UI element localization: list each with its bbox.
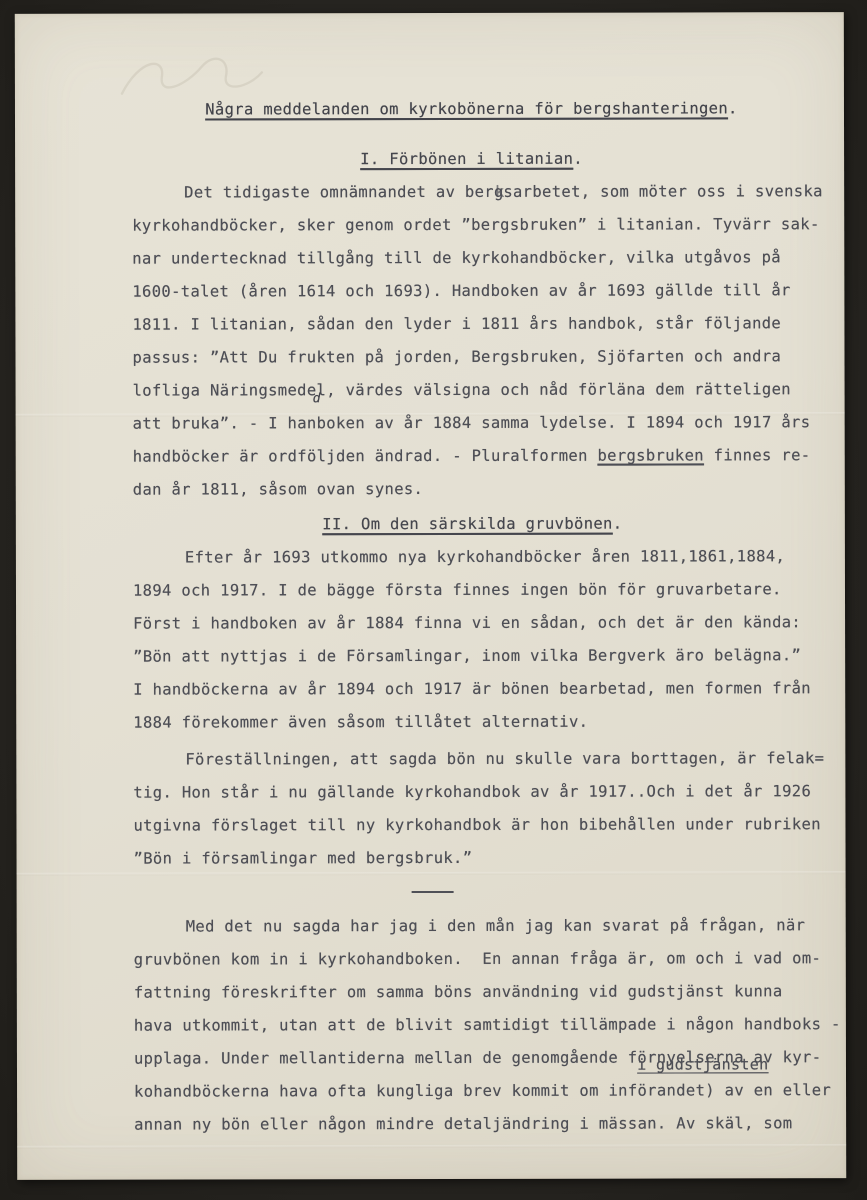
heading-period: . [573,150,583,168]
heading-period: . [613,515,623,533]
text-line: Efter år 1693 utkommo nya kyrkohandböcke… [133,540,812,574]
text-segment: boken av år 1884 samma lydelse. I 1894 o… [317,413,811,432]
typewritten-text: Några meddelanden om kyrkobönerna för be… [132,92,813,1141]
text-line: nar undertecknad tillgång till de kyrkoh… [132,241,811,275]
text-segment: sarbetet, som möter oss i svenska [503,182,823,201]
text-line: att bruka”. - I handboken av år 1884 sam… [133,406,812,440]
text-line: handböcker är ordföljden ändrad. - Plura… [133,439,812,473]
paragraph-1: Det tidigaste omnämnandet av bergksarbet… [132,175,812,506]
inserted-letter: d [313,382,321,415]
text-line: 1811. I litanian, sådan den lyder i 1811… [132,307,811,341]
title-text: Några meddelanden om kyrkobönerna för be… [205,99,728,118]
document-page: Några meddelanden om kyrkobönerna för be… [15,12,846,1180]
text-line: ”Bön att nyttjas i de Församlingar, inom… [133,639,812,673]
section2-heading: II. Om den särskilda gruvbönen. [133,507,812,541]
section1-heading: I. Förbönen i litanian. [132,142,811,176]
text-segment: Det tidigaste omnämnandet av ber [184,183,494,202]
paragraph-3: Föreställningen, att sagda bön nu skulle… [133,742,812,875]
text-line: passus: ”Att Du frukten på jorden, Bergs… [132,340,811,374]
paragraph-2: Efter år 1693 utkommo nya kyrkohandböcke… [133,540,812,739]
text-segment: kohandböckerna hava ofta kungliga brev k… [134,1081,705,1100]
text-line: dan år 1811, såsom ovan synes. [133,472,812,506]
text-line: 1600-talet (åren 1614 och 1693). Handbok… [132,274,811,308]
text-line: Först i handboken av år 1884 finna vi en… [133,606,812,640]
heading-text: I. Förbönen i litanian [360,150,573,168]
heading-text: II. Om den särskilda gruvbönen [322,515,613,534]
text-line: tig. Hon står i nu gällande kyrkohandbok… [133,775,812,809]
text-line: Det tidigaste omnämnandet av bergksarbet… [132,175,811,209]
inserted-phrase: i gudstjänsten [637,1048,768,1081]
text-line: ”Bön i församlingar med bergsbruk.” [134,841,813,875]
title-period: . [728,99,738,117]
text-line: annan ny bön eller någon mindre detaljän… [134,1107,813,1141]
overstrike-correction: gk [494,176,503,209]
document-title: Några meddelanden om kyrkobönerna för be… [132,92,811,126]
text-line: 1894 och 1917. I de bägge första finnes … [133,573,812,607]
paragraph-4: Med det nu sagda har jag i den mån jag k… [134,909,813,1141]
text-line: kohandböckerna hava ofta kungliga brev k… [134,1074,813,1108]
text-segment: finnes re- [704,446,811,464]
text-segment: ) av en eller [705,1081,831,1099]
underlined-word: bergsbruken [597,446,704,464]
section-divider [412,891,454,893]
text-line: utgivna förslaget till ny kyrkohandbok ä… [133,808,812,842]
text-line: lofliga Näringsmedel, värdes välsigna oc… [133,373,812,407]
text-line: Med det nu sagda har jag i den mån jag k… [134,909,813,943]
text-line: fattning föreskrifter om samma böns anvä… [134,975,813,1009]
text-segment: handböcker är ordföljden ändrad. - Plura… [133,447,598,466]
text-line: kyrkohandböcker, sker genom ordet ”bergs… [132,208,811,242]
text-line: Föreställningen, att sagda bön nu skulle… [133,742,812,776]
overstruck-letter: k [495,176,505,209]
fold-crease [17,1144,846,1149]
scan-background: Några meddelanden om kyrkobönerna för be… [0,0,867,1200]
text-line: I handböckerna av år 1894 och 1917 är bö… [133,672,812,706]
section-divider-row [134,876,813,910]
text-segment: att bruka”. - I han [133,414,317,432]
text-line: 1884 förekommer även såsom tillåtet alte… [133,705,812,739]
text-line: hava utkommit, utan att de blivit samtid… [134,1008,813,1042]
text-line: gruvbönen kom in i kyrkohandboken. En an… [134,942,813,976]
